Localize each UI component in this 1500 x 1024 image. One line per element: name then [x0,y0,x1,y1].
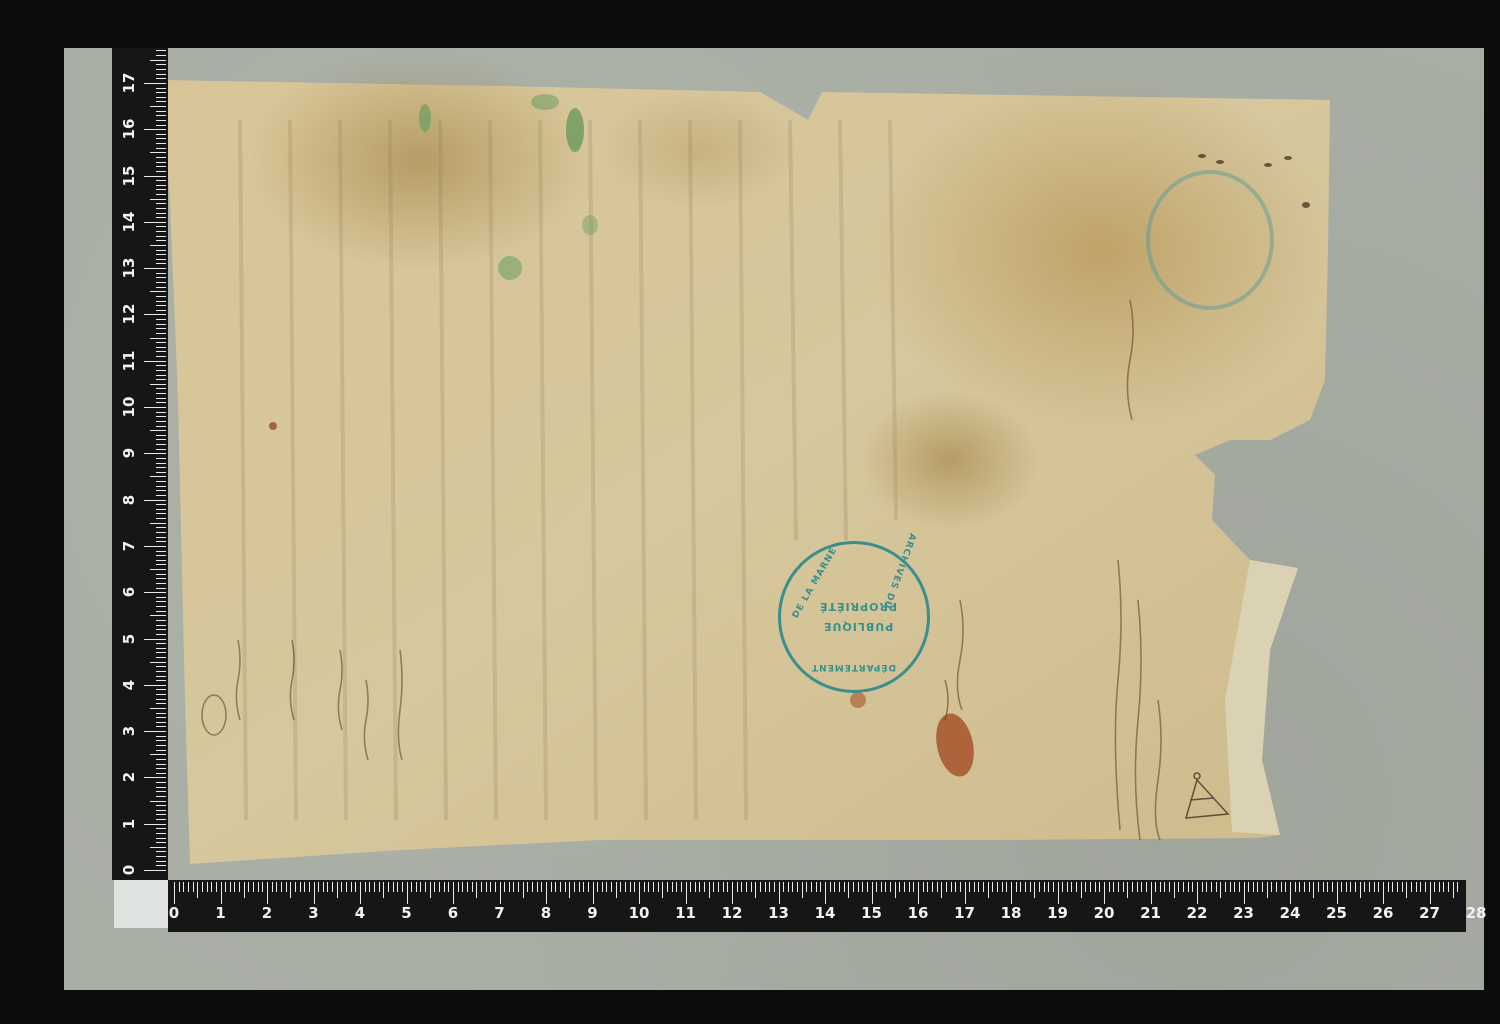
ruler-label: 7 [120,531,138,561]
ruler-tick [156,324,166,325]
ruler-tick [156,472,166,473]
ruler-tick [144,129,166,130]
ruler-tick [1058,882,1059,904]
ruler-tick [267,882,268,904]
ruler-tick [1104,882,1105,904]
ruler-tick [1062,882,1063,892]
ruler-tick [156,750,166,751]
ruler-tick [150,708,166,709]
ruler-label: 20 [1094,904,1115,922]
ruler-tick [156,365,166,366]
ruler-tick [834,882,835,892]
ruler-tick [620,882,621,892]
ruler-tick [156,120,166,121]
ruler-tick [248,882,249,892]
ruler-tick [1220,882,1221,898]
ruler-tick [253,882,254,892]
ruler-tick [355,882,356,892]
ruler-tick [211,882,212,892]
ruler-tick [156,421,166,422]
ruler-tick [304,882,305,892]
ruler-tick [1244,882,1245,904]
ruler-tick [988,882,989,898]
ruler-tick [1006,882,1007,892]
ruler-tick [1364,882,1365,892]
ruler-tick [1090,882,1091,892]
ruler-tick [509,882,510,892]
ruler-tick [156,277,166,278]
handwriting-layer [0,0,1500,1024]
ruler-tick [1253,882,1254,892]
ruler-tick [156,486,166,487]
ruler-tick [662,882,663,898]
ruler-label: 16 [908,904,929,922]
ruler-tick [365,882,366,892]
ruler-tick [156,375,166,376]
ruler-tick [144,546,166,547]
ruler-tick [150,615,166,616]
ruler-tick [156,402,166,403]
ruler-tick [156,620,166,621]
ruler-tick [1155,882,1156,892]
ruler-tick [346,882,347,892]
ruler-tick [453,882,454,904]
ruler-tick [156,657,166,658]
ruler-tick [314,882,315,904]
ruler-tick [1392,882,1393,892]
ruler-tick [1309,882,1310,892]
ruler-tick [579,882,580,892]
ruler-tick [156,463,166,464]
ruler-label: 11 [120,346,138,376]
ruler-tick [1132,882,1133,892]
ruler-tick [197,882,198,898]
ruler-tick [207,882,208,892]
ruler-tick [518,882,519,892]
ruler-tick [379,882,380,892]
ruler-tick [992,882,993,892]
ruler-tick [448,882,449,892]
ruler-tick [904,882,905,892]
ruler-tick [1053,882,1054,892]
ruler-tick [156,333,166,334]
ruler-tick [848,882,849,898]
ruler-tick [634,882,635,892]
ruler-tick [1443,882,1444,892]
ruler-tick [472,882,473,892]
ruler-tick [156,88,166,89]
ruler-tick [258,882,259,892]
ruler-tick [490,882,491,892]
ruler-tick [1044,882,1045,892]
ruler-tick [583,882,584,892]
ruler-tick [1299,882,1300,892]
ruler-tick [230,882,231,892]
ruler-tick [174,882,175,904]
ruler-tick [327,882,328,892]
ruler-tick [156,185,166,186]
ruler-tick [1076,882,1077,892]
ruler-tick [755,882,756,898]
ruler-tick [156,713,166,714]
ruler-tick [760,882,761,892]
ruler-tick [1383,882,1384,904]
ruler-tick [425,882,426,892]
ruler-tick [495,882,496,892]
ruler-tick [144,268,166,269]
ruler-tick [150,662,166,663]
ruler-tick [630,882,631,892]
ruler-tick [156,115,166,116]
ruler-tick [941,882,942,898]
ruler-tick [156,426,166,427]
ruler-tick [1406,882,1407,898]
ruler-tick [867,882,868,892]
ruler-tick [144,685,166,686]
ruler-tick [1248,882,1249,892]
ruler-tick [1160,882,1161,892]
ruler-tick [156,125,166,126]
ruler-tick [156,444,166,445]
ruler-tick [560,882,561,892]
ruler-tick [295,882,296,892]
ruler-tick [156,838,166,839]
ruler-label: 11 [675,904,696,922]
ruler-label: 17 [954,904,975,922]
ruler-tick [686,882,687,904]
ruler-tick [318,882,319,892]
ruler-tick [351,882,352,892]
ruler-tick [156,263,166,264]
ruler-tick [658,882,659,892]
ruler-label: 28 [1466,904,1487,922]
ruler-tick [1374,882,1375,892]
ruler-tick [913,882,914,892]
ruler-tick [156,97,166,98]
ruler-tick [1016,882,1017,892]
ruler-tick [156,518,166,519]
ruler-tick [188,882,189,892]
ruler-tick [323,882,324,892]
ruler-tick [300,882,301,892]
ruler-tick [144,453,166,454]
ruler-tick [1360,882,1361,898]
ruler-tick [1388,882,1389,892]
ruler-tick [792,882,793,892]
ruler-tick [156,342,166,343]
ruler-tick [341,882,342,892]
ruler-tick [555,882,556,892]
ruler-tick [741,882,742,892]
ruler-tick [150,754,166,755]
ruler-label: 17 [120,68,138,98]
ruler-tick [588,882,589,892]
ruler-tick [1323,882,1324,892]
ruler-tick [1025,882,1026,892]
ruler-tick [1002,882,1003,892]
ruler-label: 15 [120,161,138,191]
ruler-label: 3 [120,716,138,746]
ruler-tick [644,882,645,892]
ruler-tick [156,810,166,811]
ruler-tick [1206,882,1207,892]
ruler-tick [946,882,947,892]
ruler-tick [569,882,570,898]
ruler-label: 14 [120,207,138,237]
ruler-tick [156,787,166,788]
ruler-tick [156,208,166,209]
ruler-tick [156,504,166,505]
ruler-tick [144,731,166,732]
ruler-label: 13 [120,253,138,283]
ruler-label: 10 [120,392,138,422]
ruler-tick [1369,882,1370,892]
ruler-tick [156,726,166,727]
ruler-tick [899,882,900,892]
ruler-tick [513,882,514,892]
ruler-tick [156,583,166,584]
ruler-tick [648,882,649,892]
ruler-tick [156,111,166,112]
ruler-tick [462,882,463,892]
ruler-tick [746,882,747,892]
ruler-tick [144,176,166,177]
ruler-tick [602,882,603,892]
ruler-tick [144,222,166,223]
ruler-tick [281,882,282,892]
horizontal-ruler: 0123456789101112131415161718192021222324… [168,880,1466,932]
ruler-tick [156,560,166,561]
ruler-tick [853,882,854,892]
ruler-tick [718,882,719,892]
ruler-tick [144,824,166,825]
ruler-tick [1378,882,1379,892]
ruler-tick [593,882,594,904]
ruler-tick [262,882,263,892]
ruler-tick [1137,882,1138,892]
ruler-tick [1425,882,1426,892]
ruler-label: 6 [120,577,138,607]
ruler-label: 22 [1187,904,1208,922]
ruler-tick [156,861,166,862]
ruler-tick [1081,882,1082,898]
ruler-tick [1271,882,1272,892]
ruler-tick [156,532,166,533]
ruler-tick [156,782,166,783]
ruler-tick [1192,882,1193,892]
ruler-label: 23 [1233,904,1254,922]
ruler-tick [150,569,166,570]
ruler-tick [156,74,166,75]
ruler-tick [156,180,166,181]
ruler-tick [1430,882,1431,904]
ruler-tick [1095,882,1096,892]
ruler-tick [704,882,705,892]
ruler-tick [156,162,166,163]
ruler-tick [156,865,166,866]
ruler-tick [156,370,166,371]
ruler-tick [156,458,166,459]
ruler-tick [156,606,166,607]
ruler-tick [611,882,612,892]
ruler-tick [1020,882,1021,892]
ruler-tick [150,152,166,153]
ruler-tick [1285,882,1286,892]
ruler-tick [156,240,166,241]
ruler-tick [960,882,961,892]
ruler-tick [144,639,166,640]
ruler-label: 27 [1419,904,1440,922]
ruler-tick [802,882,803,898]
ruler-tick [156,226,166,227]
ruler-tick [156,194,166,195]
ruler-tick [156,296,166,297]
ruler-tick [885,882,886,892]
ruler-tick [156,64,166,65]
ruler-label: 1 [120,809,138,839]
ruler-tick [1234,882,1235,892]
ruler-tick [1067,882,1068,892]
ruler-tick [1290,882,1291,904]
ruler-tick [156,828,166,829]
ruler-tick [1151,882,1152,904]
ruler-tick [416,882,417,892]
ruler-tick [156,490,166,491]
ruler-tick [156,814,166,815]
ruler-tick [156,551,166,552]
ruler-tick [1048,882,1049,892]
ruler-tick [156,680,166,681]
ruler-tick [1174,882,1175,898]
ruler-tick [156,805,166,806]
ruler-tick [1448,882,1449,892]
ruler-tick [156,398,166,399]
ruler-tick [1304,882,1305,892]
ruler-tick [156,717,166,718]
ruler-label: 13 [768,904,789,922]
ruler-tick [1071,882,1072,892]
ruler-tick [156,379,166,380]
ruler-tick [397,882,398,892]
ruler-tick [156,388,166,389]
ruler-tick [156,69,166,70]
ruler-tick [1453,882,1454,898]
ruler-tick [737,882,738,892]
ruler-tick [388,882,389,892]
ruler-tick [144,870,166,871]
ruler-label: 6 [448,904,458,922]
ruler-tick [732,882,733,904]
ruler-tick [532,882,533,892]
ruler-tick [144,83,166,84]
ruler-tick [616,882,617,898]
ruler-tick [216,882,217,892]
ruler-tick [239,882,240,892]
ruler-tick [951,882,952,892]
ruler-tick [1146,882,1147,892]
ruler-tick [858,882,859,892]
ruler-tick [430,882,431,898]
ruler-tick [193,882,194,892]
ruler-tick [779,882,780,904]
ruler-tick [156,250,166,251]
ruler-label: 12 [120,299,138,329]
ruler-tick [156,203,166,204]
ruler-tick [969,882,970,892]
ruler-tick [1118,882,1119,892]
ruler-tick [1099,882,1100,892]
ruler-tick [156,652,166,653]
ruler-tick [156,759,166,760]
ruler-label: 24 [1280,904,1301,922]
ruler-tick [156,50,166,51]
ruler-tick [1239,882,1240,892]
ruler-tick [156,301,166,302]
ruler-tick [788,882,789,892]
ruler-label: 2 [120,762,138,792]
ruler-tick [156,671,166,672]
ruler-tick [690,882,691,892]
ruler-tick [606,882,607,892]
ruler-tick [1350,882,1351,892]
ruler-tick [918,882,919,904]
ruler-tick [1127,882,1128,898]
ruler-tick [997,882,998,892]
ruler-tick [383,882,384,898]
ruler-tick [150,430,166,431]
ruler-tick [639,882,640,904]
ruler-tick [1416,882,1417,892]
ruler-tick [1313,882,1314,898]
ruler-tick [839,882,840,892]
ruler-tick [374,882,375,892]
ruler-tick [1346,882,1347,892]
ruler-tick [537,882,538,892]
ruler-tick [862,882,863,892]
ruler-tick [1039,882,1040,892]
ruler-tick [156,166,166,167]
ruler-tick [144,407,166,408]
ruler-tick [156,138,166,139]
ruler-tick [150,245,166,246]
ruler-tick [156,467,166,468]
ruler-label: 9 [120,438,138,468]
ruler-tick [574,882,575,892]
ruler-tick [909,882,910,892]
ruler-label: 14 [815,904,836,922]
ruler-tick [150,338,166,339]
ruler-tick [783,882,784,892]
ruler-tick [156,722,166,723]
ruler-tick [234,882,235,892]
ruler-tick [927,882,928,892]
ruler-tick [144,777,166,778]
ruler-tick [156,629,166,630]
ruler-tick [820,882,821,892]
ruler-tick [183,882,184,892]
ruler-tick [156,351,166,352]
ruler-tick [156,833,166,834]
ruler-tick [407,882,408,904]
ruler-tick [811,882,812,892]
ruler-tick [221,882,222,904]
ruler-label: 4 [355,904,365,922]
ruler-tick [527,882,528,892]
ruler-tick [156,449,166,450]
ruler-tick [156,597,166,598]
ruler-tick [541,882,542,892]
ruler-label: 8 [120,485,138,515]
